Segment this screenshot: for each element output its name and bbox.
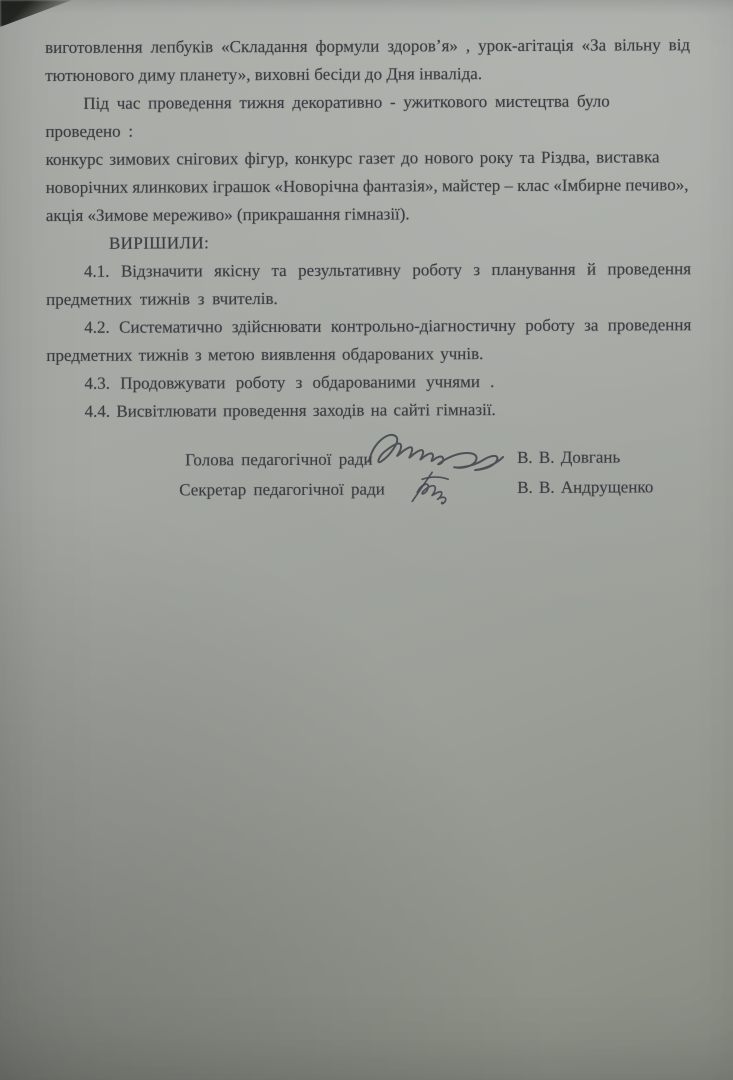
body-line: тютюнового диму планету», виховні бесіди…: [45, 59, 690, 90]
document-photo: виготовлення лепбуків «Складання формули…: [0, 0, 733, 1080]
secretary-signature-name: В. В. Андрущенко: [517, 477, 653, 498]
body-line: конкурс зимових снігових фігур, конкурс …: [45, 143, 690, 174]
signature-block: Голова педагогічної ради В. В. Довгань С…: [45, 440, 690, 523]
document-body: виготовлення лепбуків «Складання формули…: [45, 31, 692, 426]
chair-signature-label: Голова педагогічної ради: [185, 450, 373, 471]
body-line: новорічних ялинкових іграшок «Новорічна …: [46, 171, 691, 202]
body-line: Під час проведення тижня декоративно - у…: [45, 87, 690, 146]
chair-signature-name: В. В. Довгань: [517, 447, 620, 467]
secretary-signature-label: Секретар педагогічної ради: [179, 480, 385, 501]
secretary-autograph-icon: [400, 467, 464, 507]
resolutions-heading: ВИРІШИЛИ:: [46, 227, 691, 258]
resolution-item-4-2: 4.2. Систематично здійснювати контрольно…: [46, 311, 691, 342]
body-line: акція «Зимове мереживо» (прикрашання гім…: [46, 199, 691, 230]
resolution-item-4-4: 4.4. Висвітлювати проведення заходів на …: [47, 395, 692, 426]
resolution-item-4-3: 4.3. Продовжувати роботу з обдарованими …: [46, 367, 691, 398]
resolution-item-4-2-cont: предметних тижнів з метою виявлення обда…: [46, 339, 691, 370]
resolution-item-4-1-cont: предметних тижнів з вчителів.: [46, 283, 691, 314]
body-line: виготовлення лепбуків «Складання формули…: [45, 31, 690, 62]
resolution-item-4-1: 4.1. Відзначити якісну та результативну …: [46, 255, 691, 286]
photo-corner-shadow: [0, 0, 72, 27]
